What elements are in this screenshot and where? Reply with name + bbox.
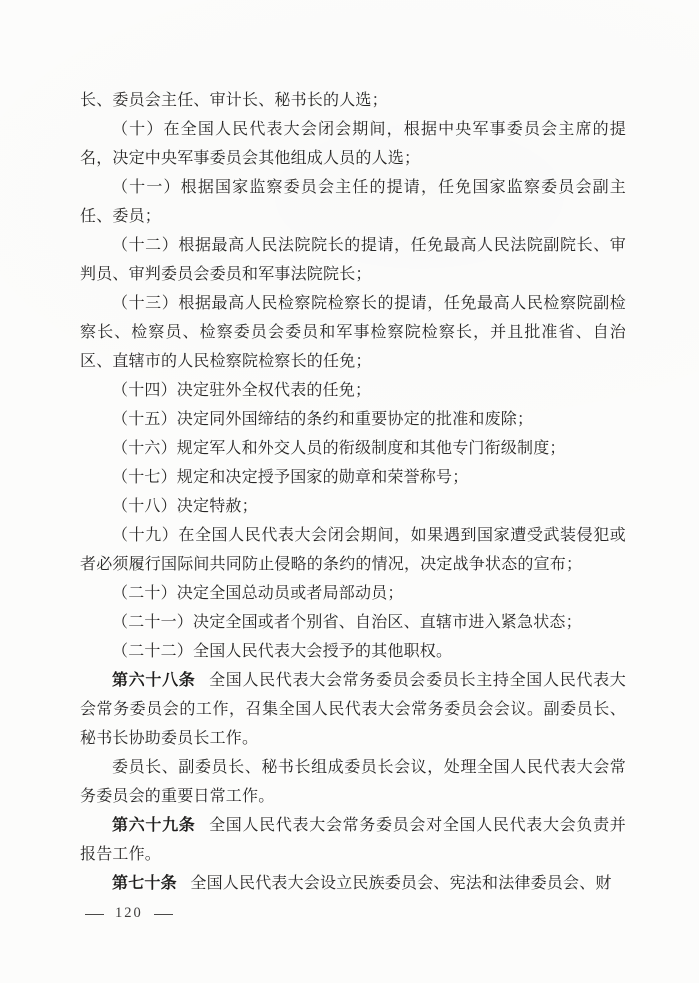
paragraph: （十九）在全国人民代表大会闭会期间，如果遇到国家遭受武装侵犯或者必须履行国际间共… bbox=[80, 521, 626, 579]
paragraph-text: 长、委员会主任、审计长、秘书长的人选； bbox=[80, 92, 388, 109]
paragraph-text: 全国人民代表大会设立民族委员会、宪法和法律委员会、财 bbox=[190, 875, 611, 892]
paragraph-text: （十九）在全国人民代表大会闭会期间，如果遇到国家遭受武装侵犯或者必须履行国际间共… bbox=[80, 527, 626, 573]
paragraph-text: （十四）决定驻外全权代表的任免； bbox=[112, 382, 371, 399]
paragraph: （十八）决定特赦； bbox=[80, 492, 626, 521]
paragraph: 第六十九条全国人民代表大会常务委员会对全国人民代表大会负责并报告工作。 bbox=[80, 811, 626, 869]
paragraph: （十五）决定同外国缔结的条约和重要协定的批准和废除； bbox=[80, 405, 626, 434]
paragraph: 长、委员会主任、审计长、秘书长的人选； bbox=[80, 86, 626, 115]
paragraph-text: （十六）规定军人和外交人员的衔级制度和其他专门衔级制度； bbox=[112, 440, 566, 457]
paragraph: （十一）根据国家监察委员会主任的提请，任免国家监察委员会副主任、委员； bbox=[80, 173, 626, 231]
paragraph-text: （十七）规定和决定授予国家的勋章和荣誉称号； bbox=[112, 469, 468, 486]
paragraph: 第七十条全国人民代表大会设立民族委员会、宪法和法律委员会、财 bbox=[80, 869, 626, 898]
paragraph: （十二）根据最高人民法院院长的提请，任免最高人民法院副院长、审判员、审判委员会委… bbox=[80, 231, 626, 289]
footer-dash-right-icon bbox=[154, 914, 173, 916]
paragraph: （十六）规定军人和外交人员的衔级制度和其他专门衔级制度； bbox=[80, 434, 626, 463]
paragraph: （十四）决定驻外全权代表的任免； bbox=[80, 376, 626, 405]
paragraph-text: （十一）根据国家监察委员会主任的提请，任免国家监察委员会副主任、委员； bbox=[80, 179, 626, 225]
paragraph-text: （十三）根据最高人民检察院检察长的提请，任免最高人民检察院副检察长、检察员、检察… bbox=[80, 295, 626, 370]
page-footer: 120 bbox=[85, 905, 626, 922]
article-number: 第六十八条 bbox=[112, 672, 195, 689]
paragraph: （二十二）全国人民代表大会授予的其他职权。 bbox=[80, 637, 626, 666]
paragraph: 第六十八条全国人民代表大会常务委员会委员长主持全国人民代表大会常务委员会的工作，… bbox=[80, 666, 626, 753]
article-text: 长、委员会主任、审计长、秘书长的人选； （十）在全国人民代表大会闭会期间，根据中… bbox=[80, 86, 626, 898]
article-number: 第六十九条 bbox=[112, 817, 195, 834]
paragraph-text: （二十二）全国人民代表大会授予的其他职权。 bbox=[112, 643, 452, 660]
paragraph-text: （二十一）决定全国或者个别省、自治区、直辖市进入紧急状态； bbox=[112, 614, 582, 631]
paragraph: （二十）决定全国总动员或者局部动员； bbox=[80, 579, 626, 608]
article-number: 第七十条 bbox=[112, 875, 177, 892]
paragraph: （十七）规定和决定授予国家的勋章和荣誉称号； bbox=[80, 463, 626, 492]
page-number: 120 bbox=[115, 905, 143, 922]
paragraph: （十三）根据最高人民检察院检察长的提请，任免最高人民检察院副检察长、检察员、检察… bbox=[80, 289, 626, 376]
paragraph: （十）在全国人民代表大会闭会期间，根据中央军事委员会主席的提名，决定中央军事委员… bbox=[80, 115, 626, 173]
paragraph-text: （十五）决定同外国缔结的条约和重要协定的批准和废除； bbox=[112, 411, 533, 428]
paragraph-text: 委员长、副委员长、秘书长组成委员长会议，处理全国人民代表大会常务委员会的重要日常… bbox=[80, 759, 626, 805]
paragraph: 委员长、副委员长、秘书长组成委员长会议，处理全国人民代表大会常务委员会的重要日常… bbox=[80, 753, 626, 811]
footer-dash-left-icon bbox=[85, 914, 104, 916]
paragraph-text: （十）在全国人民代表大会闭会期间，根据中央军事委员会主席的提名，决定中央军事委员… bbox=[80, 121, 626, 167]
document-page: 长、委员会主任、审计长、秘书长的人选； （十）在全国人民代表大会闭会期间，根据中… bbox=[0, 0, 699, 983]
paragraph-text: （十二）根据最高人民法院院长的提请，任免最高人民法院副院长、审判员、审判委员会委… bbox=[80, 237, 626, 283]
paragraph: （二十一）决定全国或者个别省、自治区、直辖市进入紧急状态； bbox=[80, 608, 626, 637]
paragraph-text: （二十）决定全国总动员或者局部动员； bbox=[112, 585, 404, 602]
paragraph-text: （十八）决定特赦； bbox=[112, 498, 258, 515]
